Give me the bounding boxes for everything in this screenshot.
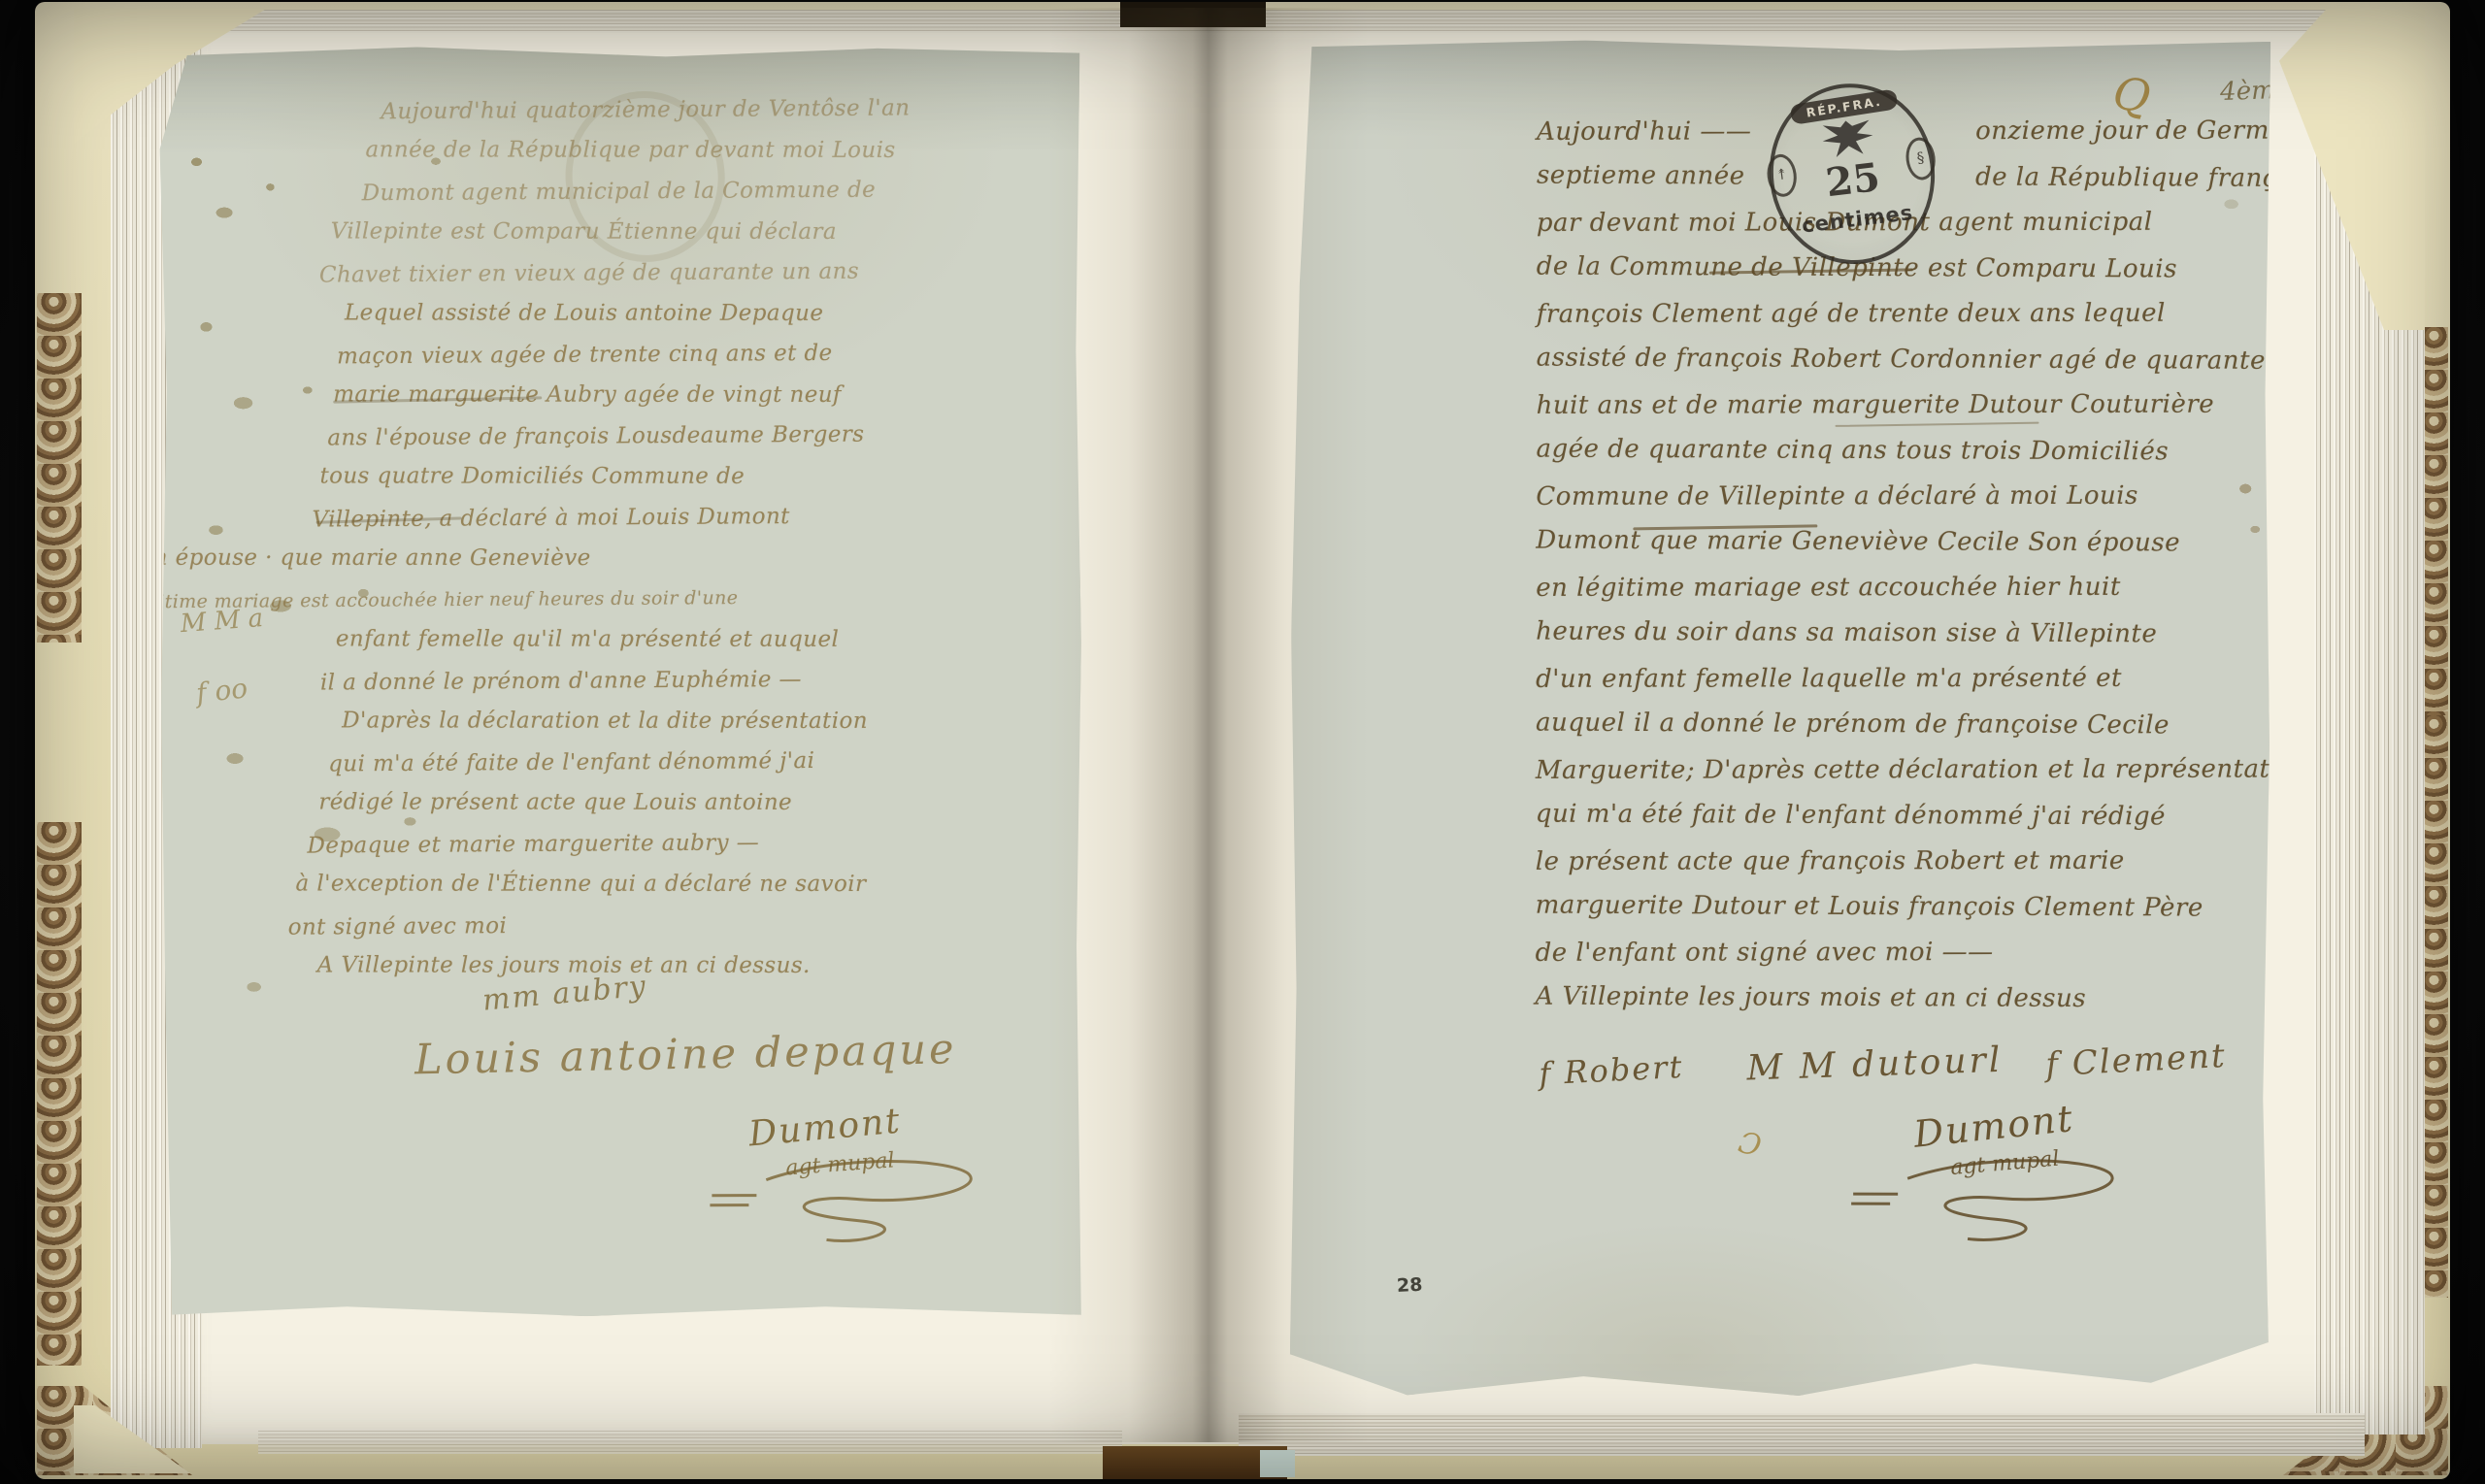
left-document-leaf: Aujourd'hui quatorzième jour de Ventôse …: [159, 46, 1082, 1317]
handwritten-line: Marguerite; D'après cette déclaration et…: [1536, 747, 2270, 794]
handwritten-line: ans l'épouse de françois Lousdeaume Berg…: [327, 412, 1080, 458]
page-edges-bottom-right: [1239, 1413, 2365, 1456]
handwritten-line: le présent acte que françois Robert et m…: [1536, 839, 2270, 885]
handwritten-line: ont signé avec moi: [288, 902, 1082, 948]
page-edges-top: [190, 10, 2355, 33]
handwritten-line: marie marguerite Aubry agée de vingt neu…: [333, 374, 1080, 415]
handwritten-line: qui m'a été faite de l'enfant dénommé j'…: [328, 739, 1081, 784]
ink-mark: Ɔ: [1736, 1126, 1765, 1164]
signature-witness-robert: f Robert: [1539, 1048, 1685, 1092]
handwritten-line: marguerite Dutour et Louis françois Clem…: [1536, 883, 2270, 932]
handwritten-line: rédigé le présent acte que Louis antoine: [318, 781, 1081, 823]
handwritten-line: Aujourd'hui quatorzième jour de Ventôse …: [381, 86, 1079, 132]
handwritten-line: auquel il a donné le prénom de françoise…: [1536, 701, 2270, 749]
handwritten-line-margin-insert: † Son épouse · que marie anne Geneviève: [105, 538, 1081, 579]
margin-initials: M M a: [180, 604, 264, 639]
handwritten-line: heures du soir dans sa maison sise à Vil…: [1536, 610, 2270, 658]
spine-head-gap: [1120, 2, 1266, 27]
signature-witness-dutour: M M dutourl: [1746, 1040, 2004, 1089]
handwritten-line: Villepinte est Comparu Étienne qui décla…: [331, 211, 1080, 252]
signature-flourish: [702, 1158, 1022, 1266]
handwritten-line: Lequel assisté de Louis antoine Depaque: [345, 292, 1080, 334]
handwritten-line: huit ans et de marie marguerite Dutour C…: [1537, 382, 2270, 429]
signature-official-dumont: Dumont: [747, 1101, 904, 1154]
marbled-cover-left-upper: [37, 293, 82, 643]
handwritten-line: A Villepinte les jours mois et an ci des…: [1535, 974, 2269, 1023]
handwritten-line: tous quatre Domiciliés Commune de: [319, 455, 1080, 497]
handwritten-line: françois Clement agé de trente deux ans …: [1537, 291, 2270, 338]
handwritten-line: agée de quarante cinq ans tous trois Dom…: [1536, 427, 2270, 476]
margin-paraph: f oo: [194, 672, 248, 709]
line-segment: Aujourd'hui ——: [1537, 109, 1770, 154]
handwritten-line: il a donné le prénom d'anne Euphémie —: [320, 657, 1081, 703]
signature-declarant-depaque: Louis antoine depaque: [414, 1025, 957, 1084]
handwritten-line: Commune de Villepinte a déclaré à moi Lo…: [1536, 474, 2270, 520]
bookmark-ribbon: [1260, 1450, 1295, 1477]
signature-flourish: [1834, 1157, 2173, 1265]
line-segment: septieme année: [1537, 153, 1770, 200]
handwritten-line: assisté de françois Robert Cordonnier ag…: [1537, 336, 2270, 384]
handwritten-line: en légitime mariage est accouchée hier h…: [1536, 565, 2270, 611]
handwritten-line: d'un enfant femelle laquelle m'a présent…: [1536, 656, 2270, 703]
photograph-of-parish-register: { "palette": { "background": "#0a0a0a", …: [0, 0, 2485, 1484]
left-page-text: Aujourd'hui quatorzième jour de Ventôse …: [159, 88, 1081, 987]
page-edges-bottom-left: [258, 1431, 1122, 1454]
handwritten-line: D'après la déclaration et la dite présen…: [342, 700, 1081, 742]
signature-father-clement: f Clement: [2044, 1037, 2227, 1084]
page-number: 28: [1396, 1274, 1423, 1297]
handwritten-line: Depaque et marie marguerite aubry —: [307, 820, 1081, 867]
handwritten-line: Dumont que marie Geneviève Cecile Son ép…: [1536, 518, 2270, 567]
handwritten-line: de l'enfant ont signé avec moi ——: [1536, 930, 2270, 976]
handwritten-line: A Villepinte les jours mois et an ci des…: [317, 944, 1082, 986]
line-segment: onzieme jour de Germinal: [1975, 108, 2319, 154]
right-page-text: Aujourd'hui ——onzieme jour de Germinal s…: [1290, 108, 2270, 1022]
handwritten-line: enfant femelle qu'il m'a présenté et auq…: [336, 618, 1081, 660]
handwritten-line: à l'exception de l'Étienne qui a déclaré…: [296, 863, 1082, 905]
handwritten-line: maçon vieux agée de trente cinq ans et d…: [337, 331, 1080, 377]
handwritten-line: année de la République par devant moi Lo…: [366, 129, 1080, 171]
marbled-cover-left-lower: [37, 822, 82, 1366]
handwritten-line: Chavet tixier en vieux agé de quarante u…: [319, 249, 1080, 295]
handwritten-line: qui m'a été fait de l'enfant dénommé j'a…: [1536, 792, 2270, 841]
right-document-leaf: Q 4ème RÉP.FRA. ↟ § 25 centimes Aujourd'…: [1290, 40, 2270, 1397]
handwritten-line: Dumont agent municipal de la Commune de: [362, 168, 1080, 214]
